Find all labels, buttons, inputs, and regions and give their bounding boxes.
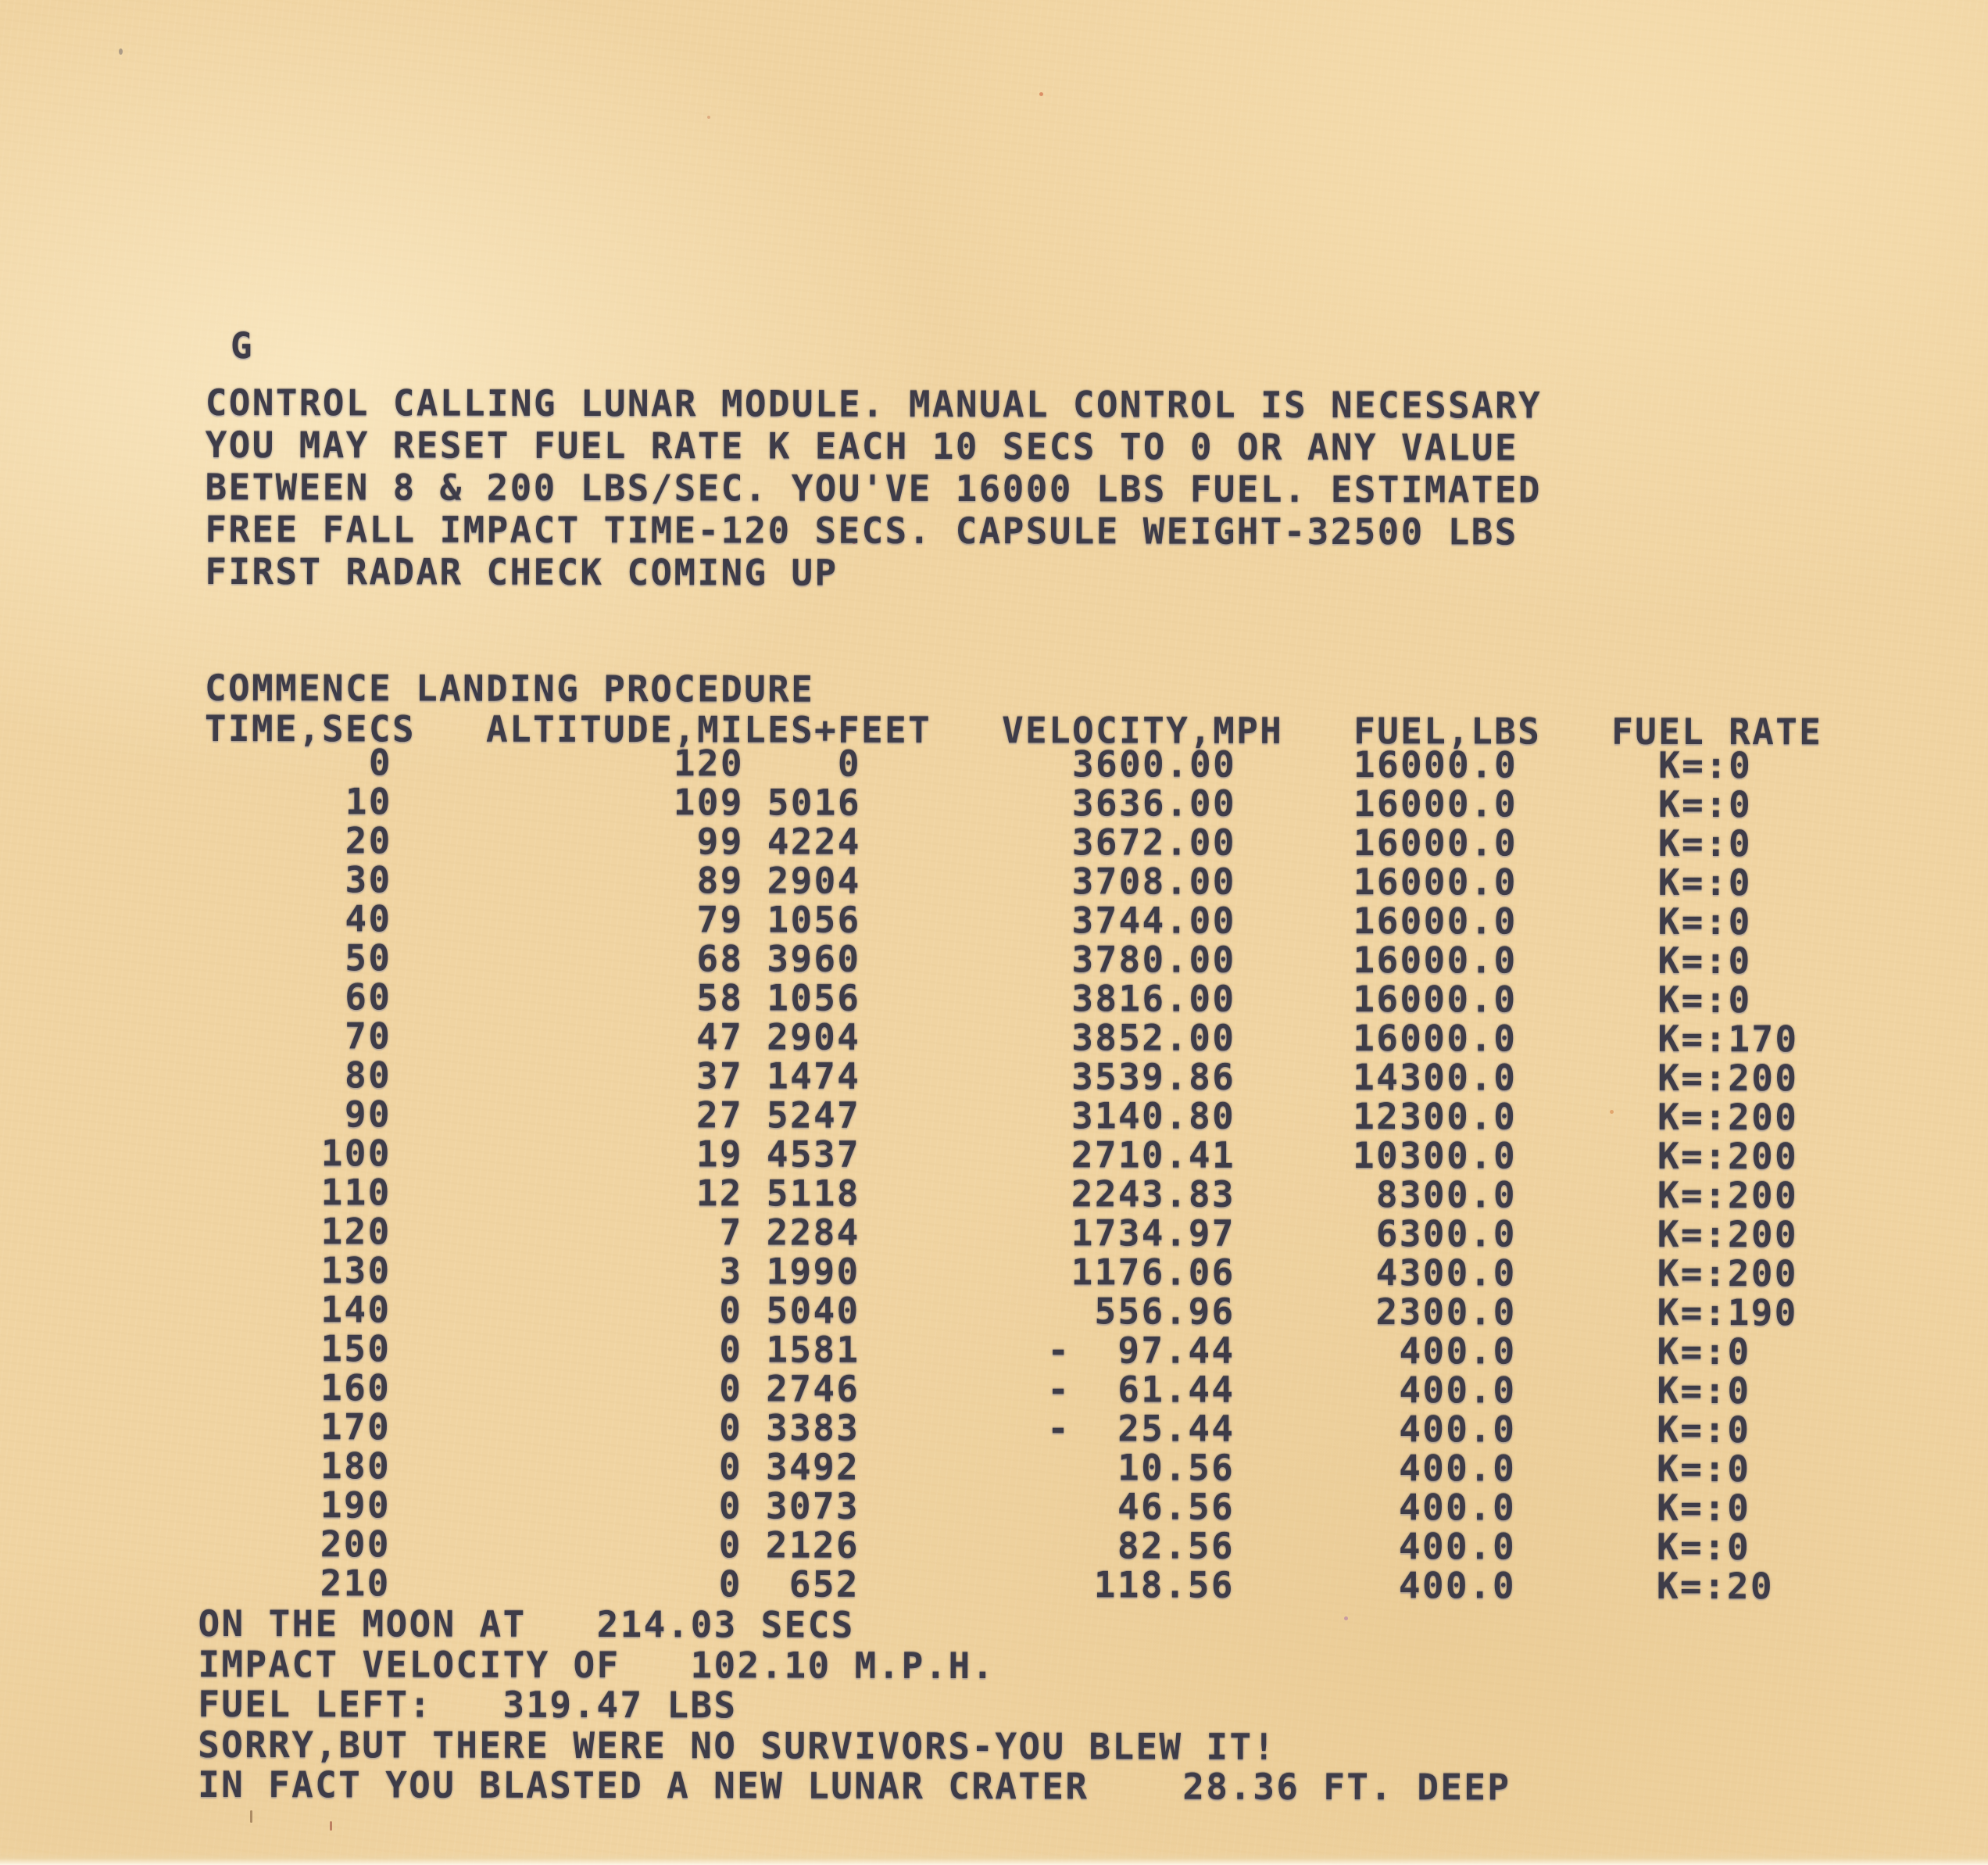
table-row: 30 89 2904 3708.00 16000.0 K=:0 — [204, 860, 1798, 902]
intro-line: BETWEEN 8 & 200 LBS/SEC. YOU'VE 16000 LB… — [206, 466, 1542, 511]
table-row: 190 0 3073 46.56 400.0 K=:0 — [203, 1485, 1797, 1527]
table-row: 150 0 1581 - 97.44 400.0 K=:0 — [203, 1329, 1797, 1371]
footer-line: ON THE MOON AT 214.03 SECS — [198, 1604, 1511, 1647]
table-row: 0 120 0 3600.00 16000.0 K=:0 — [205, 743, 1799, 785]
control-message: CONTROL CALLING LUNAR MODULE. MANUAL CON… — [205, 381, 1542, 596]
footer-line: IMPACT VELOCITY OF 102.10 M.P.H. — [198, 1644, 1511, 1687]
teletype-printout-page: G CONTROL CALLING LUNAR MODULE. MANUAL C… — [0, 0, 1988, 1865]
printout-text: G CONTROL CALLING LUNAR MODULE. MANUAL C… — [0, 0, 1988, 1865]
table-row: 90 27 5247 3140.80 12300.0 K=:200 — [204, 1094, 1798, 1137]
intro-line: YOU MAY RESET FUEL RATE K EACH 10 SECS T… — [206, 424, 1542, 469]
intro-line: FIRST RADAR CHECK COMING UP — [205, 550, 1541, 596]
table-row: 210 0 652 118.56 400.0 K=:20 — [203, 1563, 1797, 1605]
table-row: 60 58 1056 3816.00 16000.0 K=:0 — [204, 977, 1798, 1019]
table-row: 160 0 2746 - 61.44 400.0 K=:0 — [203, 1368, 1797, 1410]
table-title: COMMENCE LANDING PROCEDURE — [205, 668, 814, 710]
intro-line: CONTROL CALLING LUNAR MODULE. MANUAL CON… — [206, 381, 1542, 427]
footer-line: SORRY,BUT THERE WERE NO SURVIVORS-YOU BL… — [198, 1724, 1511, 1767]
table-row: 70 47 2904 3852.00 16000.0 K=:170 — [204, 1016, 1798, 1058]
table-row: 110 12 5118 2243.83 8300.0 K=:200 — [204, 1172, 1798, 1215]
table-row: 50 68 3960 3780.00 16000.0 K=:0 — [204, 938, 1798, 980]
table-row: 40 79 1056 3744.00 16000.0 K=:0 — [204, 899, 1798, 941]
table-row: 200 0 2126 82.56 400.0 K=:0 — [203, 1524, 1797, 1566]
table-rows: 0 120 0 3600.00 16000.0 K=:0 10 109 5016… — [203, 743, 1800, 1605]
table-row: 130 3 1990 1176.06 4300.0 K=:200 — [203, 1251, 1797, 1293]
footer-line: IN FACT YOU BLASTED A NEW LUNAR CRATER 2… — [198, 1765, 1511, 1808]
footer-line: FUEL LEFT: 319.47 LBS — [198, 1684, 1511, 1727]
ready-prompt: G — [231, 325, 254, 366]
table-row: 120 7 2284 1734.97 6300.0 K=:200 — [204, 1212, 1798, 1254]
table-row: 10 109 5016 3636.00 16000.0 K=:0 — [205, 782, 1799, 824]
intro-line: FREE FALL IMPACT TIME-120 SECS. CAPSULE … — [205, 508, 1541, 553]
table-row: 180 0 3492 10.56 400.0 K=:0 — [203, 1446, 1797, 1488]
table-row: 80 37 1474 3539.86 14300.0 K=:200 — [204, 1055, 1798, 1097]
table-row: 170 0 3383 - 25.44 400.0 K=:0 — [203, 1407, 1797, 1449]
table-row: 140 0 5040 556.96 2300.0 K=:190 — [203, 1290, 1797, 1332]
table-row: 100 19 4537 2710.41 10300.0 K=:200 — [204, 1133, 1798, 1176]
table-row: 20 99 4224 3672.00 16000.0 K=:0 — [205, 821, 1799, 863]
landing-result-message: ON THE MOON AT 214.03 SECSIMPACT VELOCIT… — [198, 1604, 1511, 1808]
